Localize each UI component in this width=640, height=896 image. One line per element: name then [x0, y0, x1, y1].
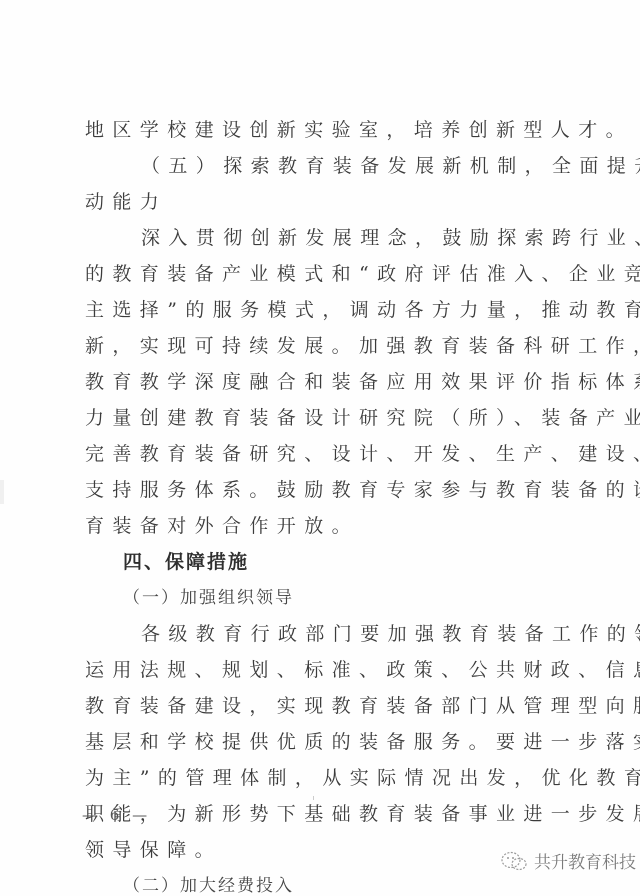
- subsection-heading: （一）加强组织领导: [85, 580, 565, 616]
- watermark-text: 共升教育科技: [534, 848, 636, 873]
- paragraph-line: 运用法规、规划、标准、政策、公共财政、信息服务等手段引导: [85, 652, 565, 688]
- paragraph-line: 支持服务体系。鼓励教育专家参与教育装备的设计开发。推动教: [85, 472, 565, 508]
- paragraph-line: 深入贯彻创新发展理念，鼓励探索跨行业、跨组织、跨学科: [85, 220, 565, 256]
- paragraph-line: 领导保障。: [85, 832, 565, 868]
- paragraph-line: 为主”的管理体制，从实际情况出发，优化教育装备工作机构和: [85, 760, 565, 796]
- paragraph-line: 地区学校建设创新实验室，培养创新型人才。: [85, 112, 565, 148]
- paragraph-line: 教育装备建设，实现教育装备部门从管理型向服务型的转变，为: [85, 688, 565, 724]
- document-page: 地区学校建设创新实验室，培养创新型人才。 （五）探索教育装备发展新机制，全面提升…: [0, 0, 640, 896]
- paragraph-line: 的教育装备产业模式和“政府评估准入、企业竞争提供、学校自: [85, 256, 565, 292]
- paragraph-line: 力量创建教育装备设计研究院（所）、装备产业园、产业基地，: [85, 400, 565, 436]
- paragraph-line: 教育教学深度融合和装备应用效果评价指标体系研究。鼓励社会: [85, 364, 565, 400]
- paragraph-line: 职能，为新形势下基础教育装备事业进一步发展奠定组织基础和: [85, 796, 565, 832]
- paragraph-line: 主选择”的服务模式，调动各方力量，推动教育装备体制机制创: [85, 292, 565, 328]
- wechat-icon: [500, 850, 528, 872]
- section-title-line: （五）探索教育装备发展新机制，全面提升教育装备创新驱: [85, 148, 565, 184]
- paragraph-line: 育装备对外合作开放。: [85, 508, 565, 544]
- page-number: — 6 —: [82, 806, 151, 824]
- paragraph-line: 完善教育装备研究、设计、开发、生产、建设、运行维护与技术: [85, 436, 565, 472]
- section-title-line: 动能力: [85, 184, 565, 220]
- scan-speck: [313, 796, 314, 800]
- section-heading: 四、保障措施: [85, 544, 565, 580]
- document-body: 地区学校建设创新实验室，培养创新型人才。 （五）探索教育装备发展新机制，全面提升…: [85, 112, 565, 896]
- subsection-heading: （二）加大经费投入: [85, 868, 565, 896]
- paragraph-line: 基层和学校提供优质的装备服务。要进一步落实基础教育“以县: [85, 724, 565, 760]
- paragraph-line: 新，实现可持续发展。加强教育装备科研工作，开展教育装备与: [85, 328, 565, 364]
- paragraph-line: 各级教育行政部门要加强教育装备工作的领导和管理，更多: [85, 616, 565, 652]
- scan-edge-mark: [0, 480, 4, 504]
- watermark: 共升教育科技: [500, 848, 636, 873]
